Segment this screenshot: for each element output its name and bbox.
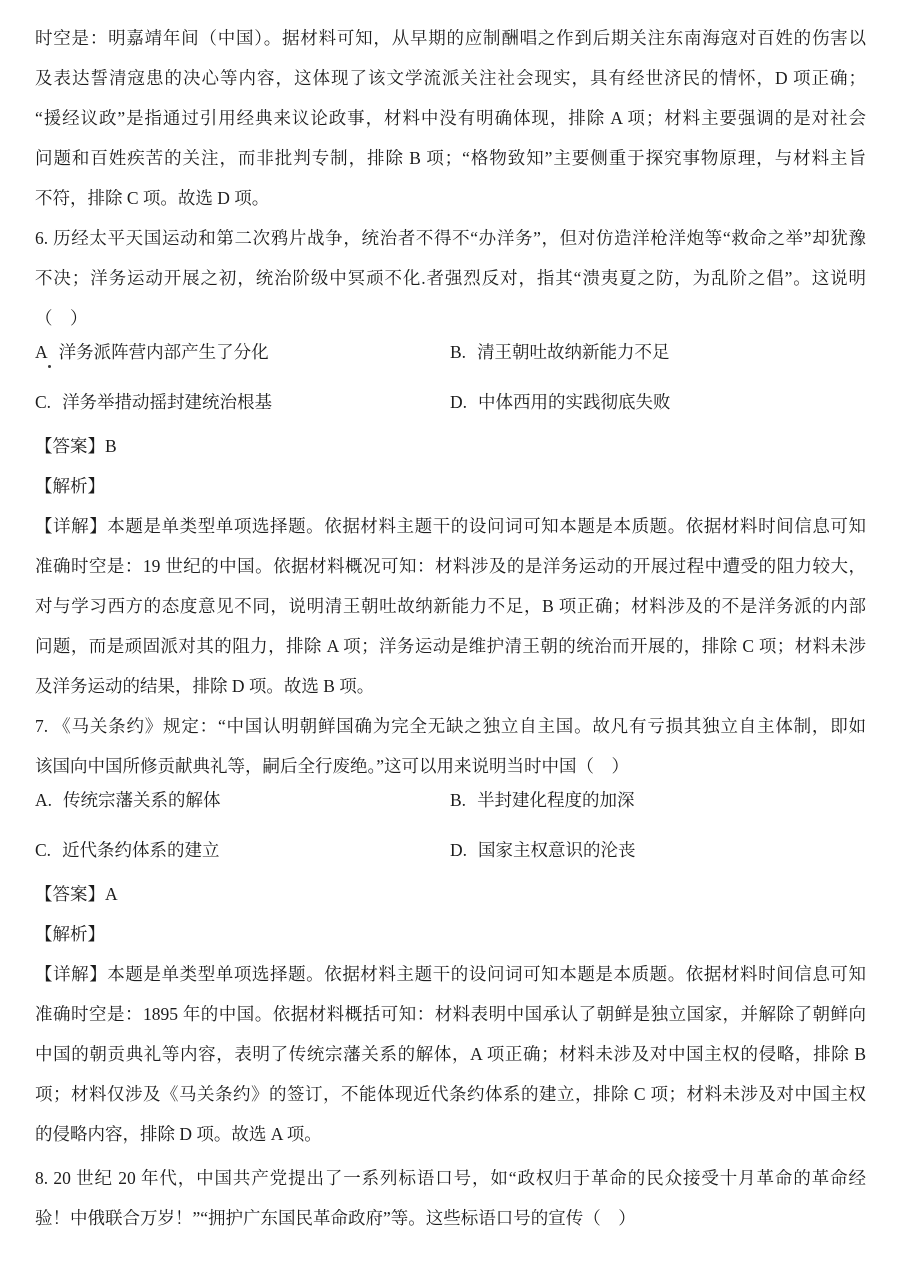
option-d: D.国家主权意识的沦丧 (450, 830, 866, 870)
answer-line: 【答案】B (35, 426, 866, 466)
question-8-stem-line: 8. 20 世纪 20 年代，中国共产党提出了一系列标语口号，如“政权归于革命的… (35, 1158, 866, 1198)
question-7: 7. 《马关条约》规定：“中国认明朝鲜国确为完全无缺之独立自主国。故凡有亏损其独… (35, 706, 866, 1154)
text-line: 时空是：明嘉靖年间（中国）。据材料可知，从早期的应制酬唱之作到后期关注东南海寇对… (35, 18, 866, 58)
question-6-stem-line: 不决；洋务运动开展之初，统治阶级中冥顽不化.者强烈反对，指其“溃夷夏之防，为乱阶… (35, 258, 866, 298)
option-c: C.洋务举措动摇封建统治根基 (35, 382, 450, 422)
q5-explanation-paragraph: 时空是：明嘉靖年间（中国）。据材料可知，从早期的应制酬唱之作到后期关注东南海寇对… (35, 18, 866, 218)
option-label: B. (450, 780, 466, 820)
text-line: “援经议政”是指通过引用经典来议论政事，材料中没有明确体现，排除 A 项；材料主… (35, 98, 866, 138)
option-row: C.洋务举措动摇封建统治根基 D.中体西用的实践彻底失败 (35, 382, 866, 422)
text-line: 及洋务运动的结果，排除 D 项。故选 B 项。 (35, 666, 866, 706)
document-page: 时空是：明嘉靖年间（中国）。据材料可知，从早期的应制酬唱之作到后期关注东南海寇对… (0, 0, 900, 1280)
question-7-stem-line: 7. 《马关条约》规定：“中国认明朝鲜国确为完全无缺之独立自主国。故凡有亏损其独… (35, 706, 866, 746)
question-6: 6. 历经太平天国运动和第二次鸦片战争，统治者不得不“办洋务”，但对仿造洋枪洋炮… (35, 218, 866, 706)
text-line: 中国的朝贡典礼等内容，表明了传统宗藩关系的解体，A 项正确；材料未涉及对中国主权… (35, 1034, 866, 1074)
text-line: 准确时空是：1895 年的中国。依据材料概括可知：材料表明中国承认了朝鲜是独立国… (35, 994, 866, 1034)
option-a: A洋务派阵营内部产生了分化 (35, 332, 450, 372)
text-line: 的侵略内容，排除 D 项。故选 A 项。 (35, 1114, 866, 1154)
option-b: B.清王朝吐故纳新能力不足 (450, 332, 866, 372)
text-line: 问题，而是顽固派对其的阻力，排除 A 项；洋务运动是维护清王朝的统治而开展的，排… (35, 626, 866, 666)
question-6-options: A洋务派阵营内部产生了分化 B.清王朝吐故纳新能力不足 C.洋务举措动摇封建统治… (35, 332, 866, 422)
option-row: A洋务派阵营内部产生了分化 B.清王朝吐故纳新能力不足 (35, 332, 866, 372)
option-label: A (35, 332, 48, 372)
option-text: 国家主权意识的沦丧 (478, 840, 636, 860)
text-line: 不符，排除 C 项。故选 D 项。 (35, 178, 866, 218)
option-label: A. (35, 780, 52, 820)
text-line: 问题和百姓疾苦的关注，而非批判专制，排除 B 项；“格物致知”主要侧重于探究事物… (35, 138, 866, 178)
option-label: C. (35, 382, 51, 422)
question-6-detail-paragraph: 【详解】本题是单类型单项选择题。依据材料主题干的设问词可知本题是本质题。依据材料… (35, 506, 866, 706)
analysis-heading: 【解析】 (35, 466, 866, 506)
option-text: 半封建化程度的加深 (477, 790, 635, 810)
option-label: D. (450, 830, 467, 870)
option-c: C.近代条约体系的建立 (35, 830, 450, 870)
text-line: 【详解】本题是单类型单项选择题。依据材料主题干的设问词可知本题是本质题。依据材料… (35, 506, 866, 546)
option-b: B.半封建化程度的加深 (450, 780, 866, 820)
option-label: D. (450, 382, 467, 422)
answer-line: 【答案】A (35, 874, 866, 914)
option-label: B. (450, 332, 466, 372)
question-8: 8. 20 世纪 20 年代，中国共产党提出了一系列标语口号，如“政权归于革命的… (35, 1158, 866, 1238)
option-text: 洋务派阵营内部产生了分化 (59, 342, 269, 362)
option-row: C.近代条约体系的建立 D.国家主权意识的沦丧 (35, 830, 866, 870)
question-7-options: A.传统宗藩关系的解体 B.半封建化程度的加深 C.近代条约体系的建立 D.国家… (35, 780, 866, 870)
option-d: D.中体西用的实践彻底失败 (450, 382, 866, 422)
option-label: C. (35, 830, 51, 870)
option-a: A.传统宗藩关系的解体 (35, 780, 450, 820)
option-text: 洋务举措动摇封建统治根基 (62, 392, 272, 412)
scan-artifact-dot (48, 365, 51, 368)
option-text: 传统宗藩关系的解体 (63, 790, 221, 810)
text-line: 项；材料仅涉及《马关条约》的签订，不能体现近代条约体系的建立，排除 C 项；材料… (35, 1074, 866, 1114)
text-line: 对与学习西方的态度意见不同，说明清王朝吐故纳新能力不足，B 项正确；材料涉及的不… (35, 586, 866, 626)
option-row: A.传统宗藩关系的解体 B.半封建化程度的加深 (35, 780, 866, 820)
question-8-stem-line: 验！中俄联合万岁！”“拥护广东国民革命政府”等。这些标语口号的宣传（ ） (35, 1198, 866, 1238)
question-7-detail-paragraph: 【详解】本题是单类型单项选择题。依据材料主题干的设问词可知本题是本质题。依据材料… (35, 954, 866, 1154)
question-6-stem-line: 6. 历经太平天国运动和第二次鸦片战争，统治者不得不“办洋务”，但对仿造洋枪洋炮… (35, 218, 866, 258)
analysis-heading: 【解析】 (35, 914, 866, 954)
option-text: 中体西用的实践彻底失败 (478, 392, 671, 412)
option-text: 清王朝吐故纳新能力不足 (477, 342, 670, 362)
text-line: 及表达誓清寇患的决心等内容，这体现了该文学流派关注社会现实，具有经世济民的情怀，… (35, 58, 866, 98)
text-line: 准确时空是：19 世纪的中国。依据材料概况可知：材料涉及的是洋务运动的开展过程中… (35, 546, 866, 586)
option-text: 近代条约体系的建立 (62, 840, 220, 860)
text-line: 【详解】本题是单类型单项选择题。依据材料主题干的设问词可知本题是本质题。依据材料… (35, 954, 866, 994)
